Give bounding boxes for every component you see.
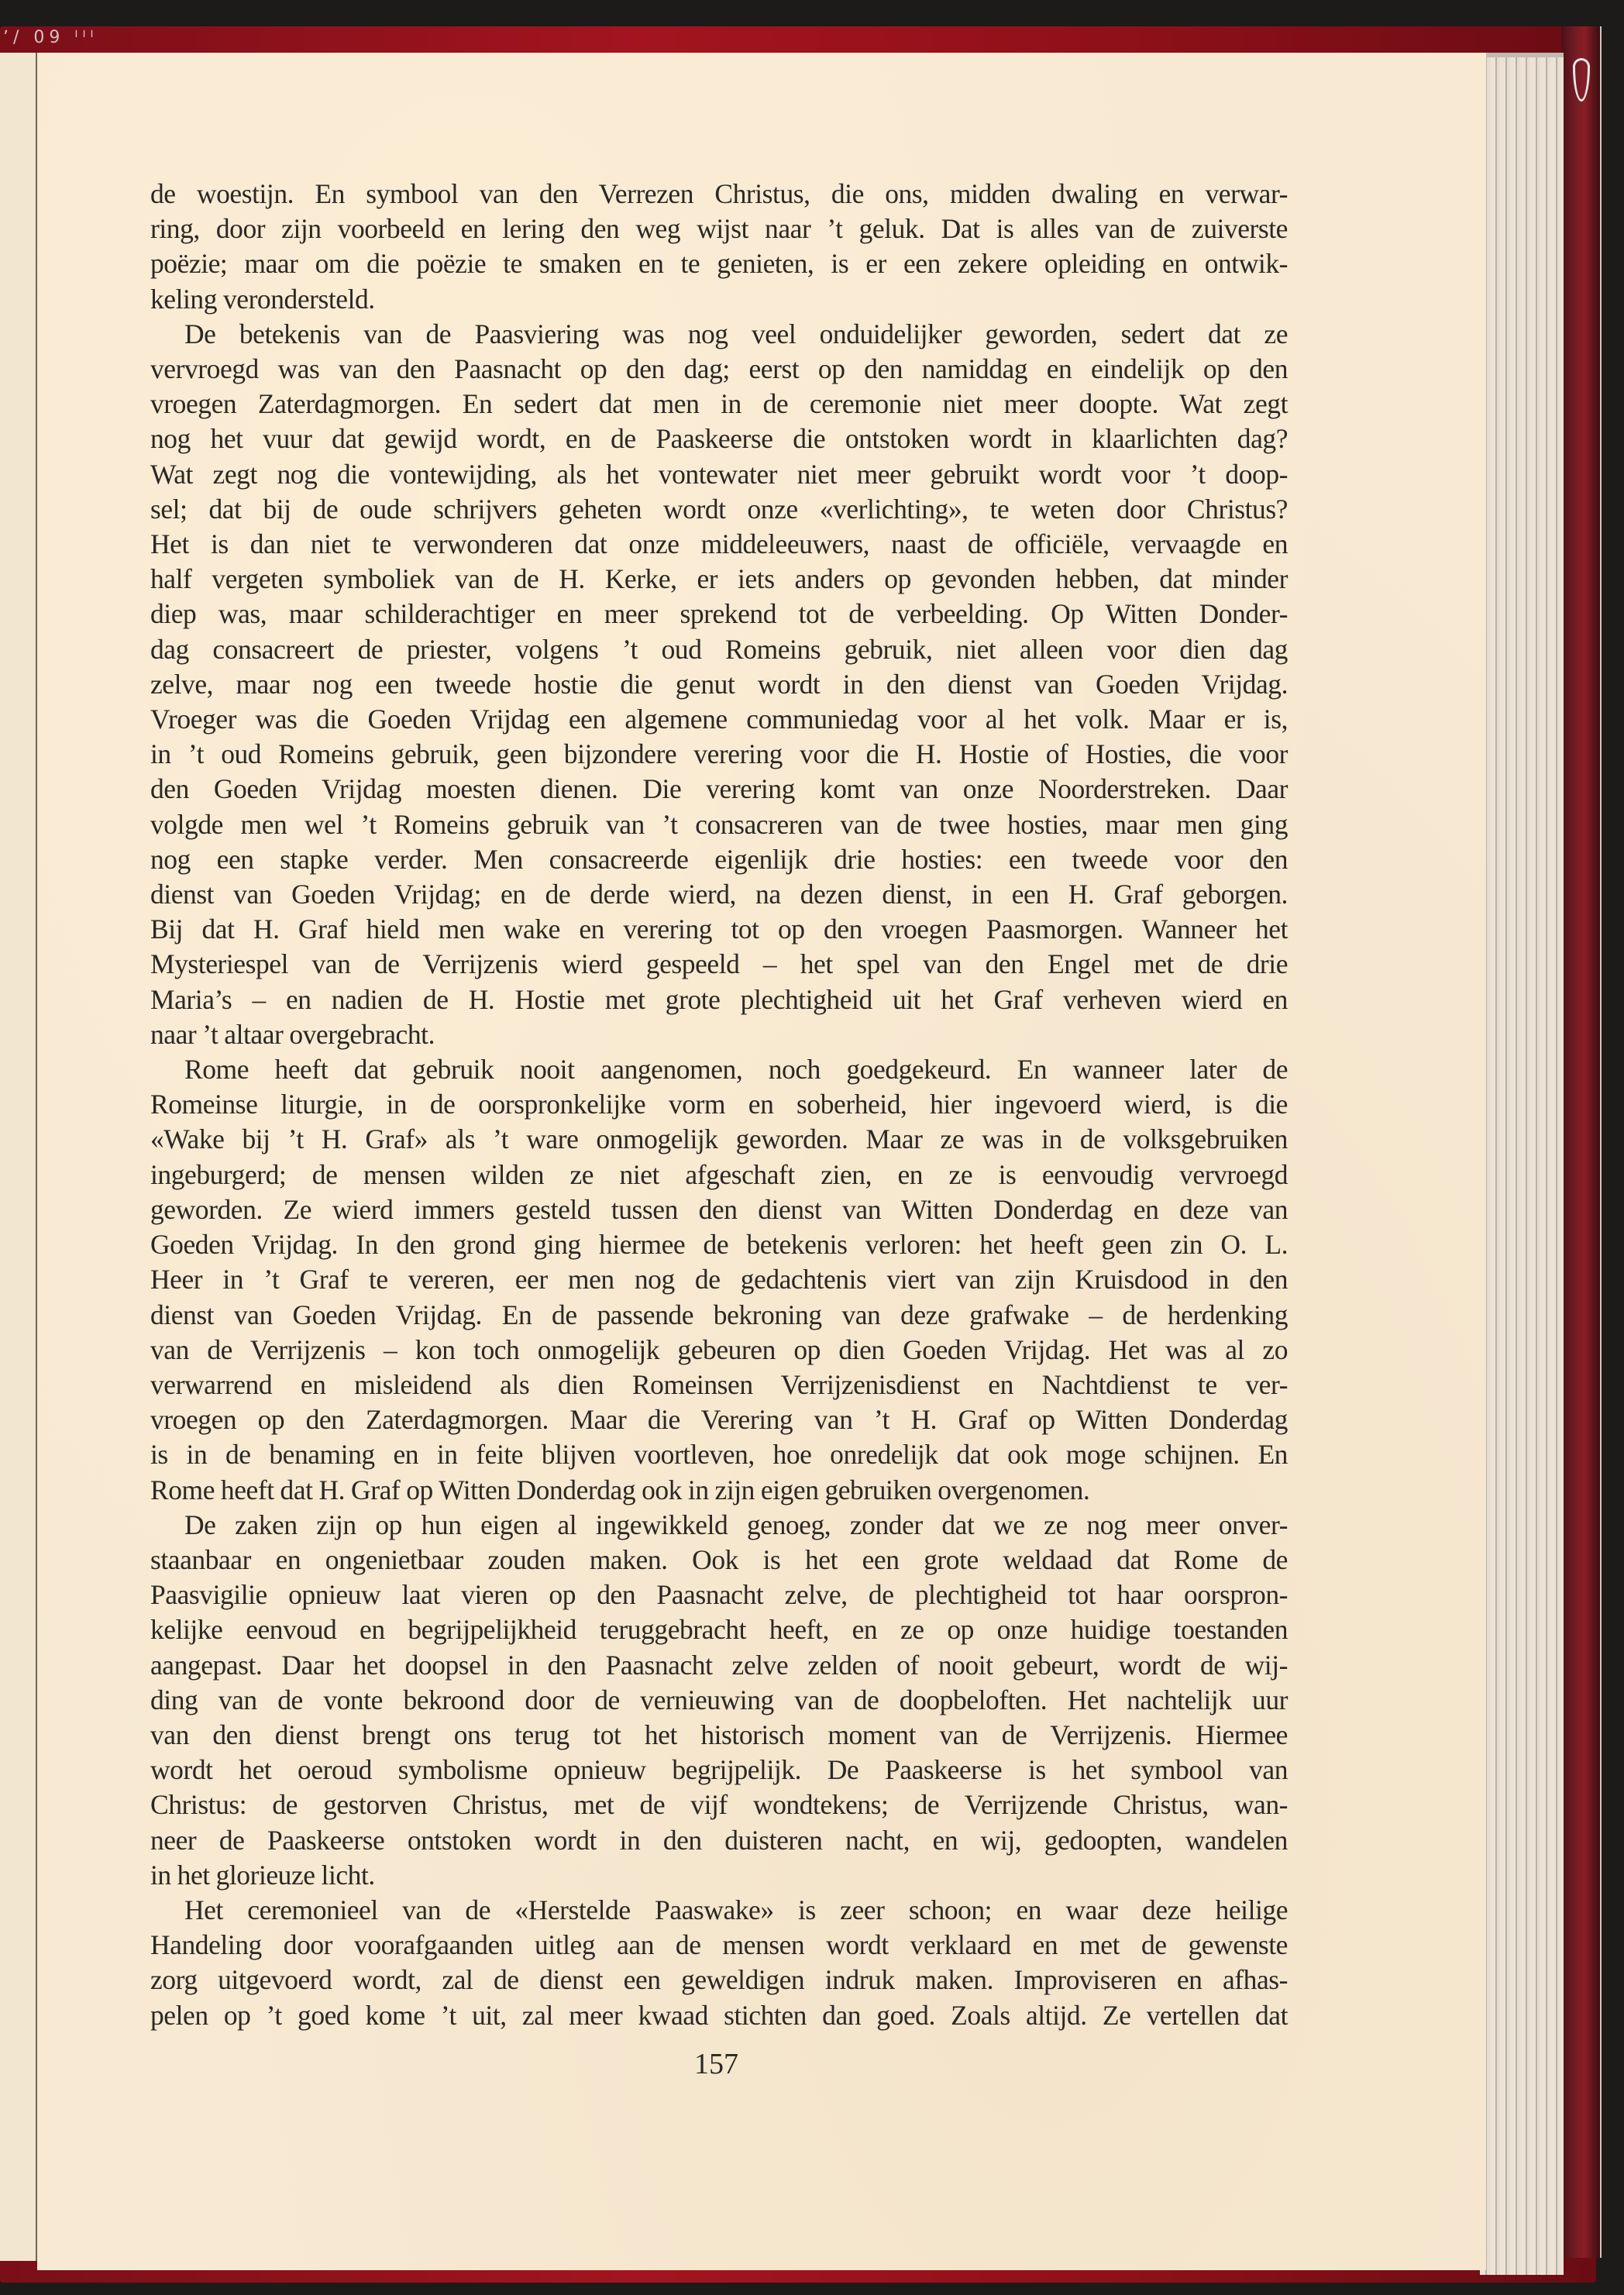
spine-label: ʼ/ 09 ᴵᴵᴵ [3,28,98,47]
text-line: keling verondersteld. [150,282,1288,317]
text-line: de woestijn. En symbool van den Verrezen… [150,177,1288,212]
text-line: «Wake bij ’t H. Graf» als ’t ware onmoge… [150,1122,1288,1157]
text-line: dag consacreert de priester, volgens ’t … [150,632,1288,667]
text-line: Wat zegt nog die vontewijding, als het v… [150,457,1288,492]
text-line: zorg uitgevoerd wordt, zal de dienst een… [150,1963,1288,1997]
page-body-text: de woestijn. En symbool van den Verrezen… [150,177,1288,2033]
text-line: ingeburgerd; de mensen wilden ze niet af… [150,1158,1288,1192]
text-line: is in de benaming en in feite blijven vo… [150,1437,1288,1472]
text-line: in ’t oud Romeins gebruik, geen bijzonde… [150,737,1288,772]
text-line: Bij dat H. Graf hield men wake en vereri… [150,912,1288,947]
text-line: Mysteriespel van de Verrijzenis wierd ge… [150,947,1288,982]
text-line: kelijke eenvoud en begrijpelijkheid teru… [150,1612,1288,1647]
text-line: neer de Paaskeerse ontstoken wordt in de… [150,1823,1288,1858]
text-line: vervroegd was van den Paasnacht op den d… [150,352,1288,387]
text-line: dienst van Goeden Vrijdag. En de passend… [150,1298,1288,1333]
text-line: wordt het oeroud symbolisme opnieuw begr… [150,1753,1288,1787]
paragraph: Rome heeft dat gebruik nooit aangenomen,… [150,1052,1288,1508]
text-line: De betekenis van de Paasviering was nog … [150,317,1288,352]
text-line: in het glorieuze licht. [150,1858,1288,1893]
text-line: Vroeger was die Goeden Vrijdag een algem… [150,702,1288,737]
text-line: sel; dat bij de oude schrijvers geheten … [150,492,1288,527]
text-line: van den dienst brengt ons terug tot het … [150,1718,1288,1753]
text-line: aangepast. Daar het doopsel in den Paasn… [150,1648,1288,1683]
text-line: Heer in ’t Graf te vereren, eer men nog … [150,1262,1288,1297]
text-line: van de Verrijzenis – kon toch onmogelijk… [150,1333,1288,1368]
text-line: staanbaar en ongenietbaar zouden maken. … [150,1543,1288,1578]
text-line: nog het vuur dat gewijd wordt, en de Paa… [150,421,1288,456]
paragraph: Het ceremonieel van de «Herstelde Paaswa… [150,1893,1288,2033]
paragraph: de woestijn. En symbool van den Verrezen… [150,177,1288,317]
text-line: Het ceremonieel van de «Herstelde Paaswa… [150,1893,1288,1928]
facing-page-edge [0,53,38,2261]
text-line: Maria’s – en nadien de H. Hostie met gro… [150,982,1288,1017]
text-line: geworden. Ze wierd immers gesteld tussen… [150,1192,1288,1227]
text-line: zelve, maar nog een tweede hostie die ge… [150,667,1288,702]
text-line: nog een stapke verder. Men consacreerde … [150,842,1288,877]
text-line: pelen op ’t goed kome ’t uit, zal meer k… [150,1998,1288,2033]
text-line: verwarrend en misleidend als dien Romein… [150,1368,1288,1402]
text-line: Het is dan niet te verwonderen dat onze … [150,527,1288,562]
text-line: poëzie; maar om die poëzie te smaken en … [150,246,1288,281]
text-line: Romeinse liturgie, in de oorspronkelijke… [150,1087,1288,1122]
book-cover-edge [1561,26,1602,2258]
text-line: naar ’t altaar overgebracht. [150,1017,1288,1052]
text-line: De zaken zijn op hun eigen al ingewikkel… [150,1508,1288,1543]
text-line: dienst van Goeden Vrijdag; en de derde w… [150,877,1288,912]
text-line: volgde men wel ’t Romeins gebruik van ’t… [150,807,1288,842]
text-line: Paasvigilie opnieuw laat vieren op den P… [150,1578,1288,1612]
paragraph: De betekenis van de Paasviering was nog … [150,317,1288,1052]
text-line: vroegen op den Zaterdagmorgen. Maar die … [150,1402,1288,1437]
paragraph: De zaken zijn op hun eigen al ingewikkel… [150,1508,1288,1893]
text-line: ring, door zijn voorbeeld en lering den … [150,212,1288,246]
text-line: Christus: de gestorven Christus, met de … [150,1787,1288,1822]
text-line: Rome heeft dat gebruik nooit aangenomen,… [150,1052,1288,1087]
text-line: diep was, maar schilderachtiger en meer … [150,597,1288,631]
text-line: den Goeden Vrijdag moesten dienen. Die v… [150,772,1288,807]
text-line: Goeden Vrijdag. In den grond ging hierme… [150,1227,1288,1262]
text-line: ding van de vonte bekroond door de verni… [150,1683,1288,1718]
text-line: vroegen Zaterdagmorgen. En sedert dat me… [150,387,1288,421]
text-line: Rome heeft dat H. Graf op Witten Donderd… [150,1473,1288,1508]
paragraph-container: de woestijn. En symbool van den Verrezen… [150,177,1288,2033]
text-line: Handeling door voorafgaanden uitleg aan … [150,1928,1288,1963]
page-number: 157 [694,2047,738,2081]
text-line: half vergeten symboliek van de H. Kerke,… [150,562,1288,597]
page-stack-edges [1480,53,1564,2275]
